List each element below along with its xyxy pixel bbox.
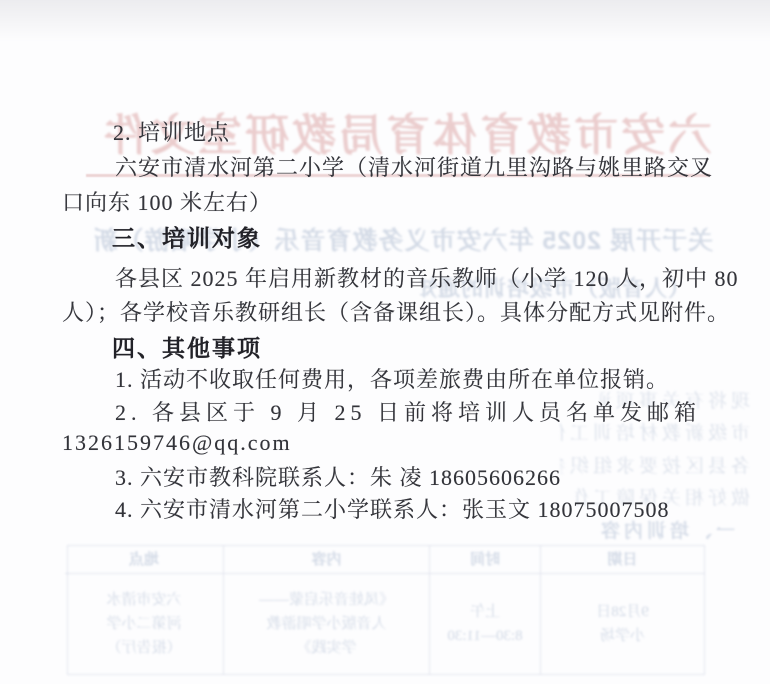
bleed-body-line-2: 各县区按要求组织参训 [560,451,750,478]
bleed-date-line2: 小学场 [600,624,645,648]
other-matters-item1: 1. 活动不收取任何费用，各项差旅费由所在单位报销。 [115,363,669,394]
bleed-place-line3: （报告厅） [107,636,182,660]
bleed-table-cell-date: 9月28日 小学场 [540,574,704,674]
audience-text-line1: 各县区 2025 年启用新教材的音乐教师（小学 120 人，初中 80 [115,262,739,293]
other-matters-item3-contact: 3. 六安市教科院联系人：朱 凌 18605606266 [115,461,561,492]
bleed-content-line3: 学实践》 [297,636,357,660]
bleed-table-header-content: 内容 [223,546,429,574]
bleed-table-cell-content: 《凤娃音乐启蒙—— 人音版小学唱游教 学实践》 [223,574,429,674]
scanned-document-page: 六安市教育体育局教研室文件 关于开展 2025 年六安市义务教育音乐（小学唱游）… [0,0,770,684]
bleed-content-line1: 《凤娃音乐启蒙—— [259,588,394,612]
location-text-line2: 口向东 100 米左右） [62,186,272,217]
bleed-table-cell-place: 六安市清水 河第二小学 （报告厅） [65,574,223,674]
bleed-table-header-place: 地点 [65,546,223,574]
bleed-place-line2: 河第二小学 [107,612,182,636]
bleed-time-line1: 上午 [470,600,500,624]
section-heading-training-audience: 三、培训对象 [112,220,262,253]
bleed-table-data-row: 9月28日 小学场 上午 8:30—11:30 《凤娃音乐启蒙—— 人音版小学唱… [68,574,704,674]
bleed-schedule-table: 日期 时间 内容 地点 9月28日 小学场 上午 8:30—11:30 《凤娃音… [67,545,705,675]
bleed-place-line1: 六安市清水 [107,588,182,612]
location-text-line1: 六安市清水河第二小学（清水河街道九里沟路与姚里路交叉 [115,151,713,182]
subsection-heading-training-location: 2. 培训地点 [113,116,230,147]
other-matters-item2: 2. 各县区于 9 月 25 日前将培训人员名单发邮箱 [115,396,701,427]
bleed-table-cell-time: 上午 8:30—11:30 [429,574,540,674]
bleed-content-line2: 人音版小学唱游教 [267,612,387,636]
bleed-time-line2: 8:30—11:30 [447,624,522,648]
bleed-date-line1: 9月28日 [596,600,649,624]
section-heading-other-matters: 四、其他事项 [112,330,262,363]
other-matters-item4-contact: 4. 六安市清水河第二小学联系人：张玉文 18075007508 [115,493,670,524]
audience-text-line2: 人）；各学校音乐教研组长（含备课组长）。具体分配方式见附件。 [62,296,730,327]
bleed-table-header-date: 日期 [540,546,704,574]
bleed-table-header-row: 日期 时间 内容 地点 [68,546,704,574]
bleed-table-header-time: 时间 [429,546,540,574]
contact-email: 1326159746@qq.com [62,430,292,456]
